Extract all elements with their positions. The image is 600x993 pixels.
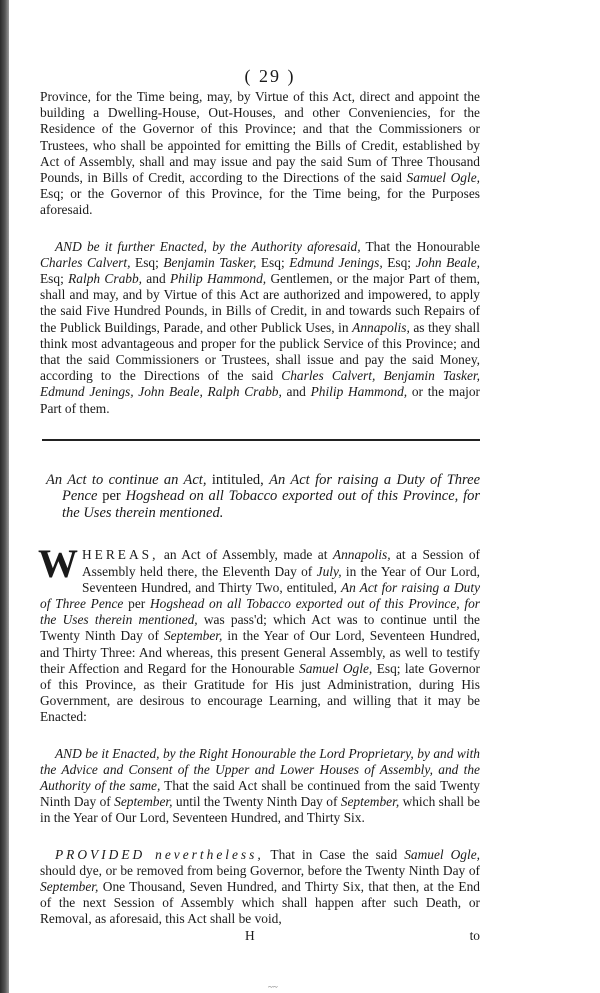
act-title: An Act to continue an Act, intituled, An… <box>46 472 480 522</box>
name: Samuel Ogle, <box>404 847 480 862</box>
title-part: per <box>97 488 125 504</box>
text: should dye, or be removed from being Gov… <box>40 863 480 878</box>
name: Benjamin Tasker, <box>163 255 256 270</box>
name: Philip Hammond, <box>311 384 408 399</box>
name: Samuel Ogle, <box>299 661 372 676</box>
title-part: An Act to continue an Act, <box>46 472 206 488</box>
text: Esq; <box>256 255 289 270</box>
page-footer: H to <box>40 928 480 944</box>
text: Esq; <box>40 271 68 286</box>
catchword: to <box>470 928 480 944</box>
text: One Thousand, Seven Hundred, and Thirty … <box>40 879 480 926</box>
name: Charles Calvert, <box>40 255 130 270</box>
text: and <box>282 384 311 399</box>
month: September, <box>164 628 222 643</box>
text: and <box>142 271 170 286</box>
title-part: intituled, <box>206 472 269 488</box>
text: That in Case the said <box>264 847 405 862</box>
enacting-clause: AND be it further Enacted, by the Author… <box>55 239 361 254</box>
scan-smudge: ~~ <box>268 982 278 992</box>
name: Philip Hammond, <box>170 271 266 286</box>
place-name: Annapolis, <box>333 547 391 562</box>
signature-mark: H <box>245 928 255 944</box>
document-page: ( 29 ) Province, for the Time being, may… <box>40 66 480 944</box>
text: per <box>123 596 150 611</box>
month: July, <box>317 564 342 579</box>
drop-cap: W <box>38 548 78 580</box>
name: John Beale, <box>416 255 480 270</box>
month: September, <box>40 879 98 894</box>
month: September, <box>114 794 172 809</box>
section-divider <box>42 439 480 441</box>
paragraph-governor-house: Province, for the Time being, may, by Vi… <box>40 89 480 219</box>
name: Edmund Jenings, <box>289 255 382 270</box>
paragraph-enacted: AND be it Enacted, by the Right Honourab… <box>40 746 480 827</box>
text: Esq; <box>383 255 416 270</box>
small-caps: HEREAS, <box>82 547 158 562</box>
page-number: ( 29 ) <box>40 66 480 87</box>
text: That the Honourable <box>361 239 480 254</box>
text: an Act of Assembly, made at <box>158 547 332 562</box>
title-part: Hogshead on all Tobacco exported out of … <box>62 488 480 521</box>
proviso-clause: PROVIDED nevertheless, <box>55 847 264 862</box>
text: until the Twenty Ninth Day of <box>173 794 341 809</box>
paragraph-whereas: WHEREAS, an Act of Assembly, made at Ann… <box>40 547 480 725</box>
text: Esq; <box>130 255 163 270</box>
month: September, <box>341 794 399 809</box>
place-name: Annapolis, <box>352 320 410 335</box>
text: Esq; or the Governor of this Province, f… <box>40 186 480 217</box>
scan-page-edge <box>0 0 9 993</box>
paragraph-provided: PROVIDED nevertheless, That in Case the … <box>40 847 480 928</box>
paragraph-further-enacted: AND be it further Enacted, by the Author… <box>40 239 480 417</box>
name: Ralph Crabb, <box>68 271 142 286</box>
name: Samuel Ogle, <box>407 170 480 185</box>
